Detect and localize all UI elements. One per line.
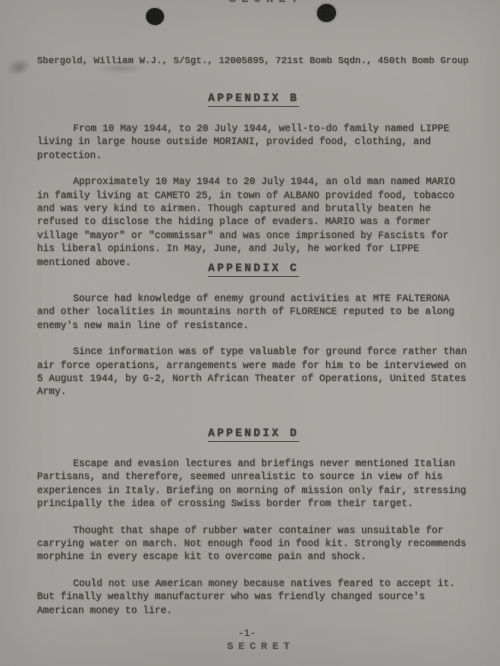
appendix-b-heading-text: APPENDIX B [208, 93, 299, 107]
appendix-d-section: APPENDIX D Escape and evasion lectures a… [37, 428, 470, 630]
appendix-c-section: APPENDIX C Source had knowledge of enemy… [37, 263, 470, 412]
paragraph: From 10 May 1944, to 20 July 1944, well-… [37, 122, 470, 162]
secret-stamp-top: SECRET [229, 0, 303, 6]
appendix-c-heading: APPENDIX C [37, 263, 470, 275]
appendix-b-heading: APPENDIX B [37, 93, 470, 105]
hole-punch-right [316, 3, 337, 23]
paragraph: Escape and evasion lectures and briefing… [37, 457, 470, 511]
document-page: SECRET Sbergold, William W.J., S/Sgt., 1… [0, 0, 500, 666]
appendix-c-heading-text: APPENDIX C [208, 263, 299, 277]
paragraph: Could not use American money because nat… [37, 577, 470, 617]
appendix-d-heading: APPENDIX D [37, 428, 470, 440]
pencil-smudge [4, 55, 34, 79]
appendix-b-section: APPENDIX B From 10 May 1944, to 20 July … [37, 93, 470, 282]
page-number: -1- [238, 629, 256, 640]
paragraph: Source had knowledge of enemy ground act… [37, 292, 470, 332]
secret-stamp-bottom: SECRET [227, 641, 295, 653]
evader-id-header-line: Sbergold, William W.J., S/Sgt., 12005895… [37, 55, 474, 66]
paragraph: Since information was of type valuable f… [37, 345, 470, 399]
appendix-d-heading-text: APPENDIX D [208, 428, 299, 442]
paragraph: Approximately 10 May 1944 to 20 July 194… [37, 175, 470, 269]
hole-punch-left [145, 7, 165, 26]
paragraph: Thought that shape of rubber water conta… [37, 524, 470, 564]
